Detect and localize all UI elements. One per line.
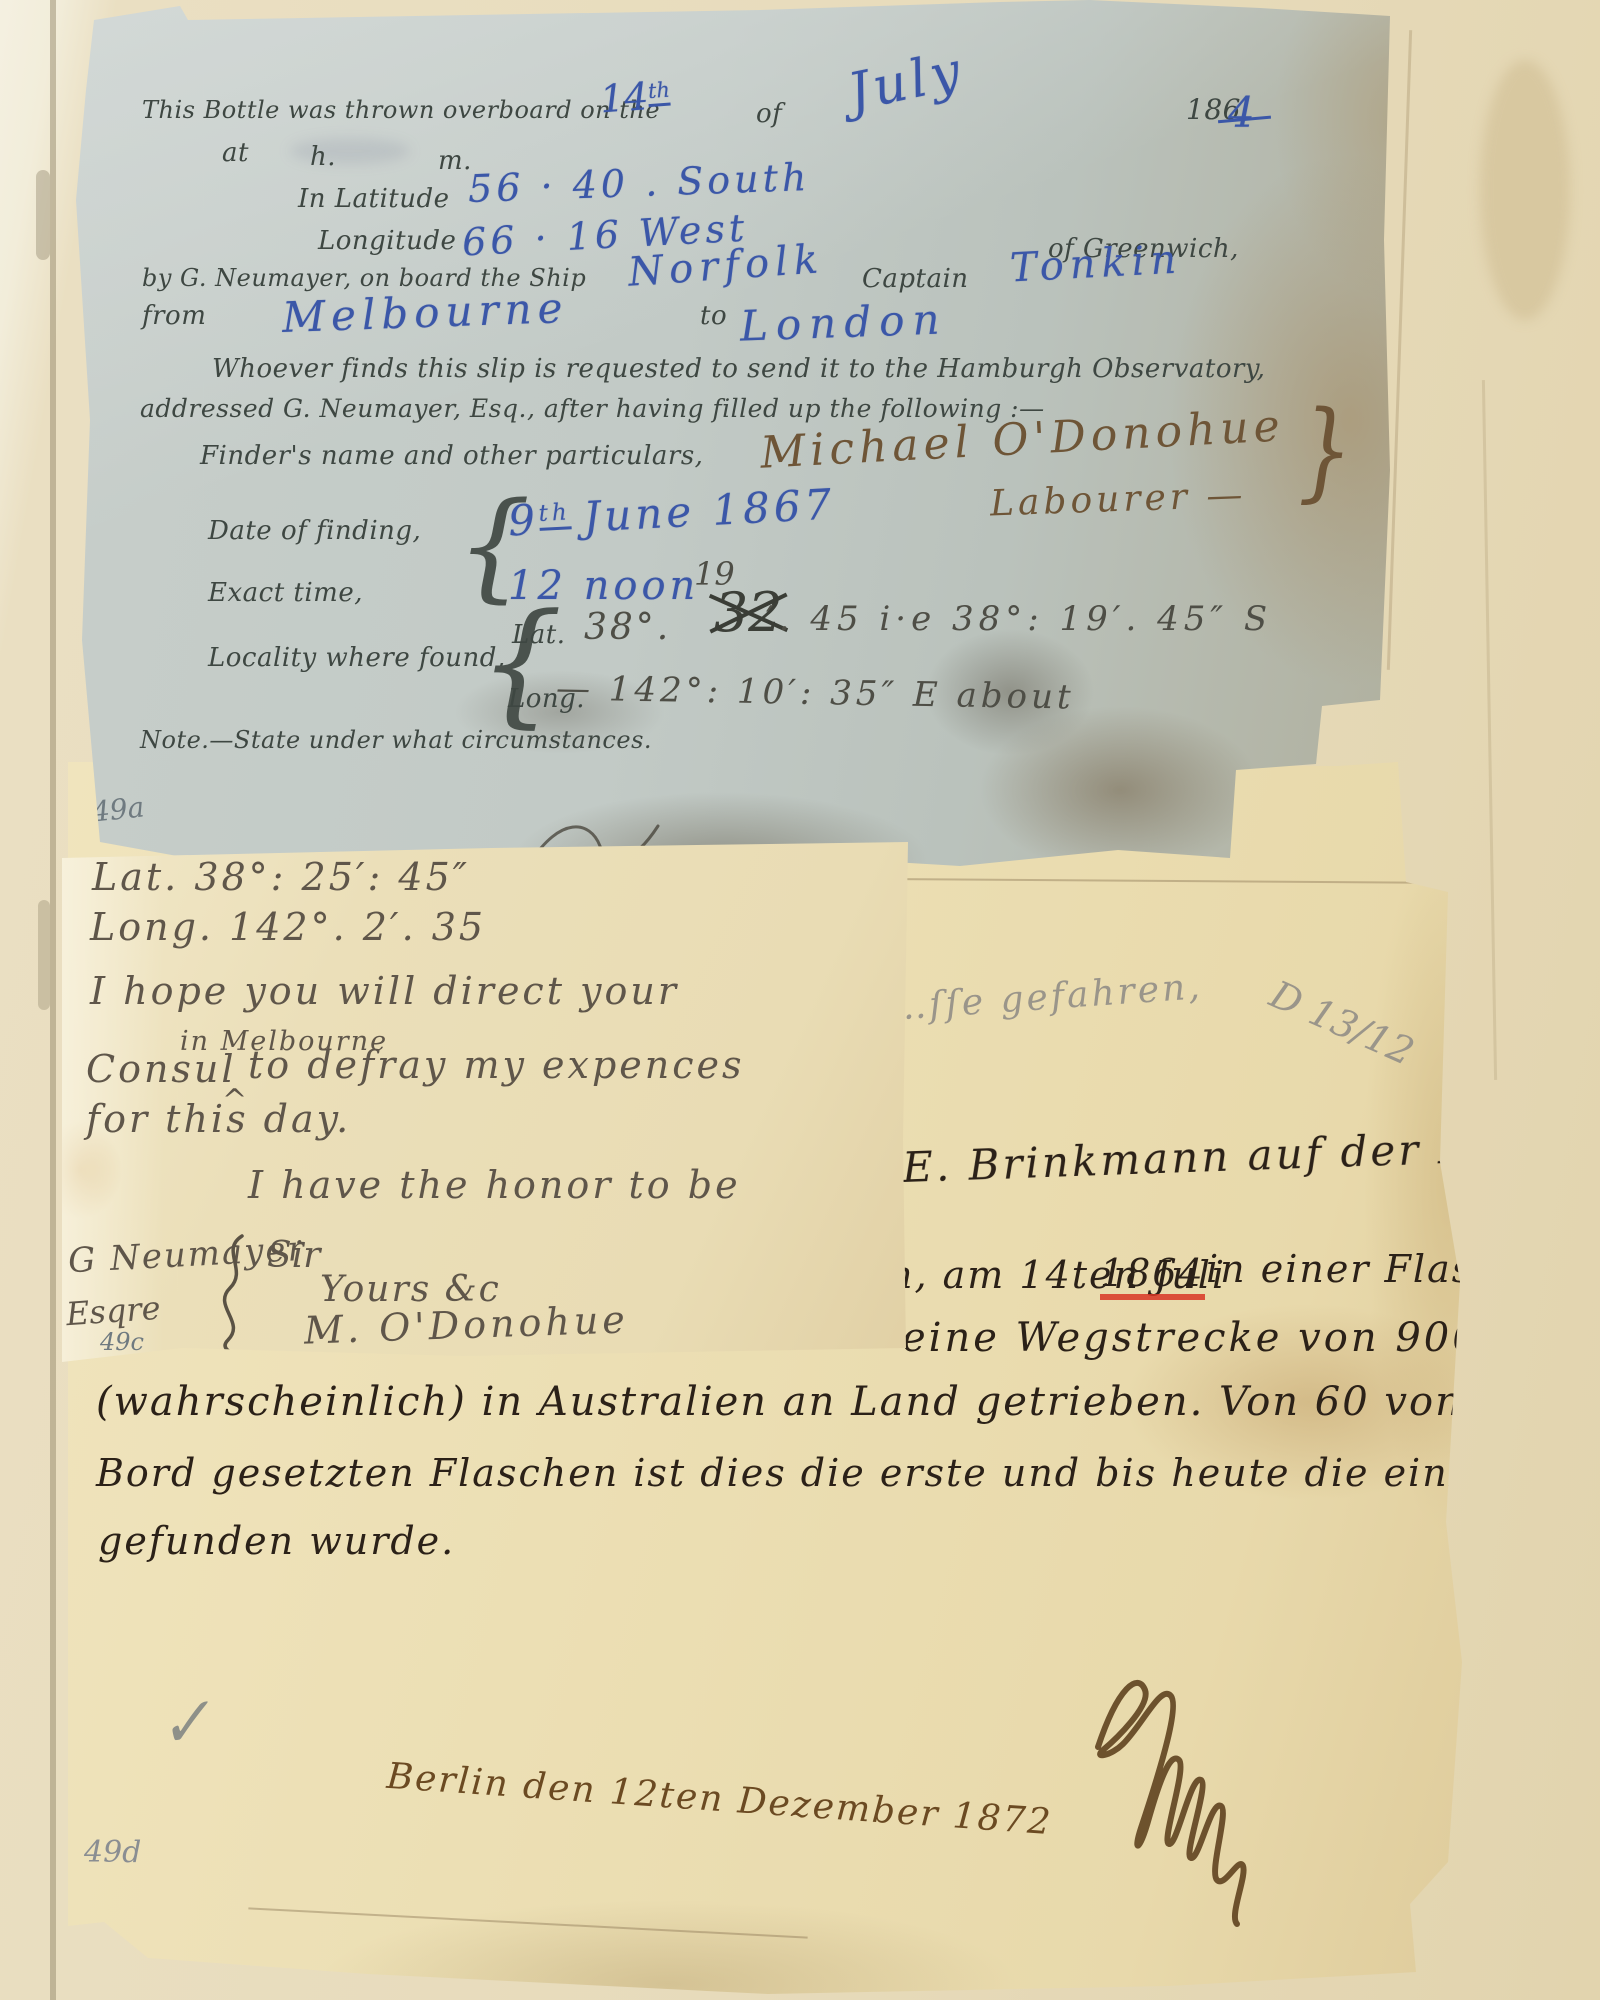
- form-year-digit: 4: [1228, 92, 1255, 134]
- form-captain-label: Captain: [862, 266, 969, 292]
- locality-lat-deg: 38°.: [584, 610, 671, 646]
- form-from-value: Melbourne: [281, 287, 569, 339]
- form-latitude-label: In Latitude: [298, 186, 450, 212]
- form-at-label: at: [222, 140, 249, 166]
- form-locality-label: Locality where found,: [208, 645, 506, 671]
- date-day-suffix: th: [538, 500, 572, 532]
- right-strip-seam-1: [1387, 30, 1412, 670]
- german-line-6: gefunden wurde.: [98, 1522, 455, 1560]
- locality-lat-rest: ′. 45 i·e 38°: 19′. 45″ S: [766, 602, 1272, 636]
- form-note-line: Note.—State under what circumstances.: [140, 728, 652, 752]
- german-line-2-suffix: in einer Flasche: [1206, 1250, 1547, 1288]
- finder-name-brace: }: [1298, 397, 1353, 505]
- note-body-line-3: for this day.: [86, 1100, 351, 1138]
- finder-note-sheet: Lat. 38°: 25′: 45″ Long. 142°. 2′. 35 I …: [62, 840, 908, 1364]
- form-day-suffix: th: [647, 77, 671, 106]
- letter-crease-top: [880, 878, 1464, 884]
- locality-long-value: — 142°: 10′: 35″ E about: [556, 671, 1075, 714]
- note-addressee-title: Esqre: [65, 1292, 162, 1331]
- note-body-line-2-start: Consul: [86, 1050, 237, 1088]
- form-to-value: London: [739, 298, 948, 347]
- archival-mark-49d: 49d: [84, 1838, 141, 1868]
- archival-mark-49a: 49a: [91, 793, 146, 826]
- form-of-label: of: [756, 101, 782, 127]
- page-gutter-seam: [50, 0, 56, 2000]
- archival-mark-49c: 49c: [100, 1330, 144, 1354]
- form-request-line-2: addressed G. Neumayer, Esq., after havin…: [140, 396, 1045, 421]
- note-body-line-2-rest: to defray my expences: [248, 1046, 745, 1084]
- note-sir: Sir: [267, 1238, 320, 1274]
- date-of-finding-value: 9th June 1867: [507, 483, 836, 542]
- form-lat-label: Lat.: [512, 622, 565, 648]
- gutter-tear-2: [38, 900, 50, 1010]
- german-line-5: Bord gesetzten Flaschen ist dies die ers…: [96, 1454, 1600, 1492]
- right-strip-stain: [1480, 60, 1570, 320]
- form-from-label: from: [142, 303, 206, 329]
- form-ship-name: Norfolk: [627, 239, 825, 293]
- erased-time-smudge: [290, 138, 410, 164]
- scrapbook-page: …ſſe gefahren, D 13/12 E. Brinkmann auf …: [0, 0, 1600, 2000]
- form-day-value: 14th: [599, 76, 672, 119]
- berlin-dateline: Berlin den 12ten Dezember 1872: [386, 1759, 1054, 1841]
- pencil-fraction-note: D 13/12: [1265, 975, 1419, 1072]
- form-latitude-value: 56 · 40 . South: [467, 158, 810, 208]
- letter-fold-bottom: [248, 1907, 807, 1938]
- form-thrown-prefix: This Bottle was thrown overboard on the: [142, 98, 660, 122]
- form-finder-label: Finder's name and other particulars,: [200, 443, 703, 469]
- pencil-checkmark: ✓: [154, 1689, 216, 1760]
- right-strip-seam-2: [1482, 380, 1497, 1080]
- german-line-4: (wahrscheinlich) in Australien an Land g…: [96, 1382, 1600, 1422]
- note-lat-line: Lat. 38°: 25′: 45″: [92, 858, 470, 896]
- locality-lat-corrected-value: 19: [694, 558, 735, 590]
- form-to-label: to: [700, 303, 727, 329]
- finder-occupation-value: Labourer —: [989, 478, 1247, 523]
- form-hours-label: h.: [310, 144, 336, 170]
- form-date-label: Date of finding,: [208, 518, 421, 544]
- form-request-line-1: Whoever finds this slip is requested to …: [212, 356, 1265, 382]
- note-honor-line: I have the honor to be: [248, 1166, 741, 1204]
- note-signature: M. O'Donohue: [303, 1300, 629, 1349]
- gutter-tear-1: [36, 170, 50, 260]
- neumayer-signature: [1043, 1632, 1273, 1932]
- form-captain-name: Tonkin: [1009, 240, 1183, 289]
- bottle-paper-form: This Bottle was thrown overboard on the …: [60, 0, 1392, 874]
- german-underlined-year: 1864: [1100, 1254, 1205, 1300]
- form-time-label: Exact time,: [208, 580, 363, 606]
- pencil-annotation-german: …ſſe gefahren,: [889, 969, 1204, 1027]
- note-body-line-1: I hope you will direct your: [90, 972, 679, 1010]
- german-line-3: eine Wegstrecke von 9000 Minuten: [902, 1318, 1600, 1358]
- note-wavy-brace: [210, 1232, 254, 1358]
- form-month-value: July: [844, 44, 969, 119]
- note-long-line: Long. 142°. 2′. 35: [90, 908, 486, 946]
- german-line-1: E. Brinkmann auf der Heinrich: [901, 1121, 1600, 1189]
- form-longitude-label: Longitude: [318, 228, 456, 254]
